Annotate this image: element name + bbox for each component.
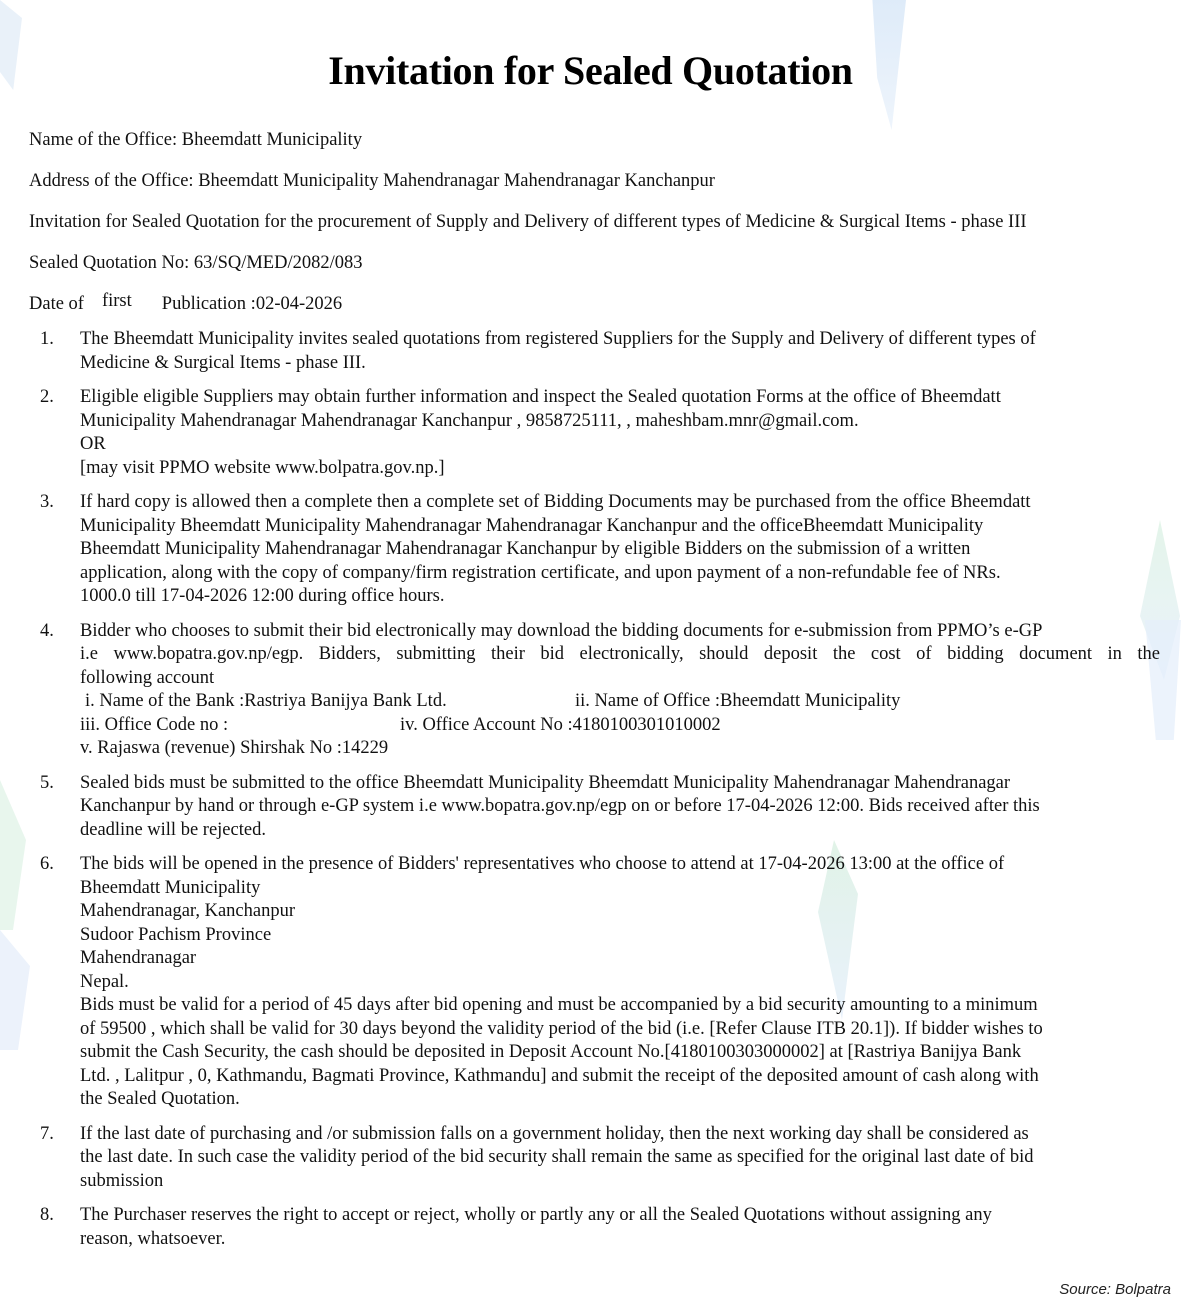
clause-item: 2. Eligible eligible Suppliers may obtai… bbox=[40, 386, 1160, 480]
clause-line: 1000.0 till 17-04-2026 12:00 during offi… bbox=[80, 585, 1160, 609]
office-address: Address of the Office: Bheemdatt Municip… bbox=[29, 161, 1027, 202]
clause-item: 3. If hard copy is allowed then a comple… bbox=[40, 491, 1160, 609]
date-label-value: Publication :02-04-2026 bbox=[162, 294, 342, 314]
clause-number: 8. bbox=[40, 1204, 80, 1251]
clause-line: application, along with the copy of comp… bbox=[80, 562, 1160, 586]
clause-number: 2. bbox=[40, 386, 80, 480]
publication-date: Date offirstPublication :02-04-2026 bbox=[29, 284, 1027, 325]
watermark-arrow-shape bbox=[0, 780, 26, 930]
clause-line: reason, whatsoever. bbox=[80, 1228, 1160, 1252]
clause-line: deadline will be rejected. bbox=[80, 819, 1160, 843]
clause-item: 6. The bids will be opened in the presen… bbox=[40, 853, 1160, 1112]
clause-item: 8. The Purchaser reserves the right to a… bbox=[40, 1204, 1160, 1251]
clause-line: Mahendranagar bbox=[80, 947, 1160, 971]
clause-line: Nepal. bbox=[80, 971, 1160, 995]
clause-line: The Purchaser reserves the right to acce… bbox=[80, 1204, 1160, 1228]
revenue-head-number: v. Rajaswa (revenue) Shirshak No :14229 bbox=[80, 737, 1160, 761]
clause-line: Sudoor Pachism Province bbox=[80, 924, 1160, 948]
clause-number: 5. bbox=[40, 772, 80, 843]
clause-line: Municipality Bheemdatt Municipality Mahe… bbox=[80, 515, 1160, 539]
clause-line: [may visit PPMO website www.bolpatra.gov… bbox=[80, 457, 1160, 481]
bank-details-row: iii. Office Code no : iv. Office Account… bbox=[80, 714, 1160, 738]
clause-number: 4. bbox=[40, 620, 80, 761]
clause-number: 1. bbox=[40, 328, 80, 375]
source-credit: Source: Bolpatra bbox=[1059, 1281, 1171, 1298]
date-label-part: first bbox=[102, 291, 132, 311]
clause-line: If the last date of purchasing and /or s… bbox=[80, 1123, 1160, 1147]
clause-line: Medicine & Surgical Items - phase III. bbox=[80, 352, 1160, 376]
office-account-number: iv. Office Account No :4180100301010002 bbox=[400, 714, 721, 738]
clause-line: Mahendranagar, Kanchanpur bbox=[80, 900, 1160, 924]
clause-line: Kanchanpur by hand or through e-GP syste… bbox=[80, 795, 1160, 819]
clause-list: 1. The Bheemdatt Municipality invites se… bbox=[40, 328, 1160, 1262]
clause-line: The bids will be opened in the presence … bbox=[80, 853, 1160, 877]
clause-number: 6. bbox=[40, 853, 80, 1112]
office-code: iii. Office Code no : bbox=[80, 714, 400, 738]
office-name-detail: ii. Name of Office :Bheemdatt Municipali… bbox=[575, 690, 900, 714]
watermark-arrow-shape bbox=[0, 930, 30, 1050]
clause-line: Bids must be valid for a period of 45 da… bbox=[80, 994, 1160, 1018]
clause-number: 7. bbox=[40, 1123, 80, 1194]
bank-name: i. Name of the Bank :Rastriya Banijya Ba… bbox=[80, 690, 575, 714]
quotation-number: Sealed Quotation No: 63/SQ/MED/2082/083 bbox=[29, 243, 1027, 284]
clause-line: Eligible eligible Suppliers may obtain f… bbox=[80, 386, 1160, 410]
clause-line: Bidder who chooses to submit their bid e… bbox=[80, 620, 1160, 644]
clause-line: Municipality Mahendranagar Mahendranagar… bbox=[80, 410, 1160, 434]
clause-item: 1. The Bheemdatt Municipality invites se… bbox=[40, 328, 1160, 375]
page-title: Invitation for Sealed Quotation bbox=[0, 47, 1181, 94]
clause-item: 7. If the last date of purchasing and /o… bbox=[40, 1123, 1160, 1194]
clause-line: Bheemdatt Municipality Mahendranagar Mah… bbox=[80, 538, 1160, 562]
clause-line: Sealed bids must be submitted to the off… bbox=[80, 772, 1160, 796]
clause-line: Bheemdatt Municipality bbox=[80, 877, 1160, 901]
date-label-part: Date of bbox=[29, 294, 84, 314]
clause-line: i.e www.bopatra.gov.np/egp. Bidders, sub… bbox=[80, 643, 1160, 667]
clause-line: of 59500 , which shall be valid for 30 d… bbox=[80, 1018, 1160, 1042]
office-info: Name of the Office: Bheemdatt Municipali… bbox=[29, 120, 1027, 325]
clause-line: submission bbox=[80, 1170, 1160, 1194]
clause-number: 3. bbox=[40, 491, 80, 609]
clause-line: submit the Cash Security, the cash shoul… bbox=[80, 1041, 1160, 1065]
clause-line: the Sealed Quotation. bbox=[80, 1088, 1160, 1112]
clause-line: the last date. In such case the validity… bbox=[80, 1146, 1160, 1170]
clause-item: 5. Sealed bids must be submitted to the … bbox=[40, 772, 1160, 843]
clause-line: Ltd. , Lalitpur , 0, Kathmandu, Bagmati … bbox=[80, 1065, 1160, 1089]
clause-line: OR bbox=[80, 433, 1160, 457]
clause-line: If hard copy is allowed then a complete … bbox=[80, 491, 1160, 515]
bank-details-row: i. Name of the Bank :Rastriya Banijya Ba… bbox=[80, 690, 1160, 714]
clause-item: 4. Bidder who chooses to submit their bi… bbox=[40, 620, 1160, 761]
clause-line: following account bbox=[80, 667, 1160, 691]
office-name: Name of the Office: Bheemdatt Municipali… bbox=[29, 120, 1027, 161]
clause-line: The Bheemdatt Municipality invites seale… bbox=[80, 328, 1160, 352]
procurement-subject: Invitation for Sealed Quotation for the … bbox=[29, 202, 1027, 243]
